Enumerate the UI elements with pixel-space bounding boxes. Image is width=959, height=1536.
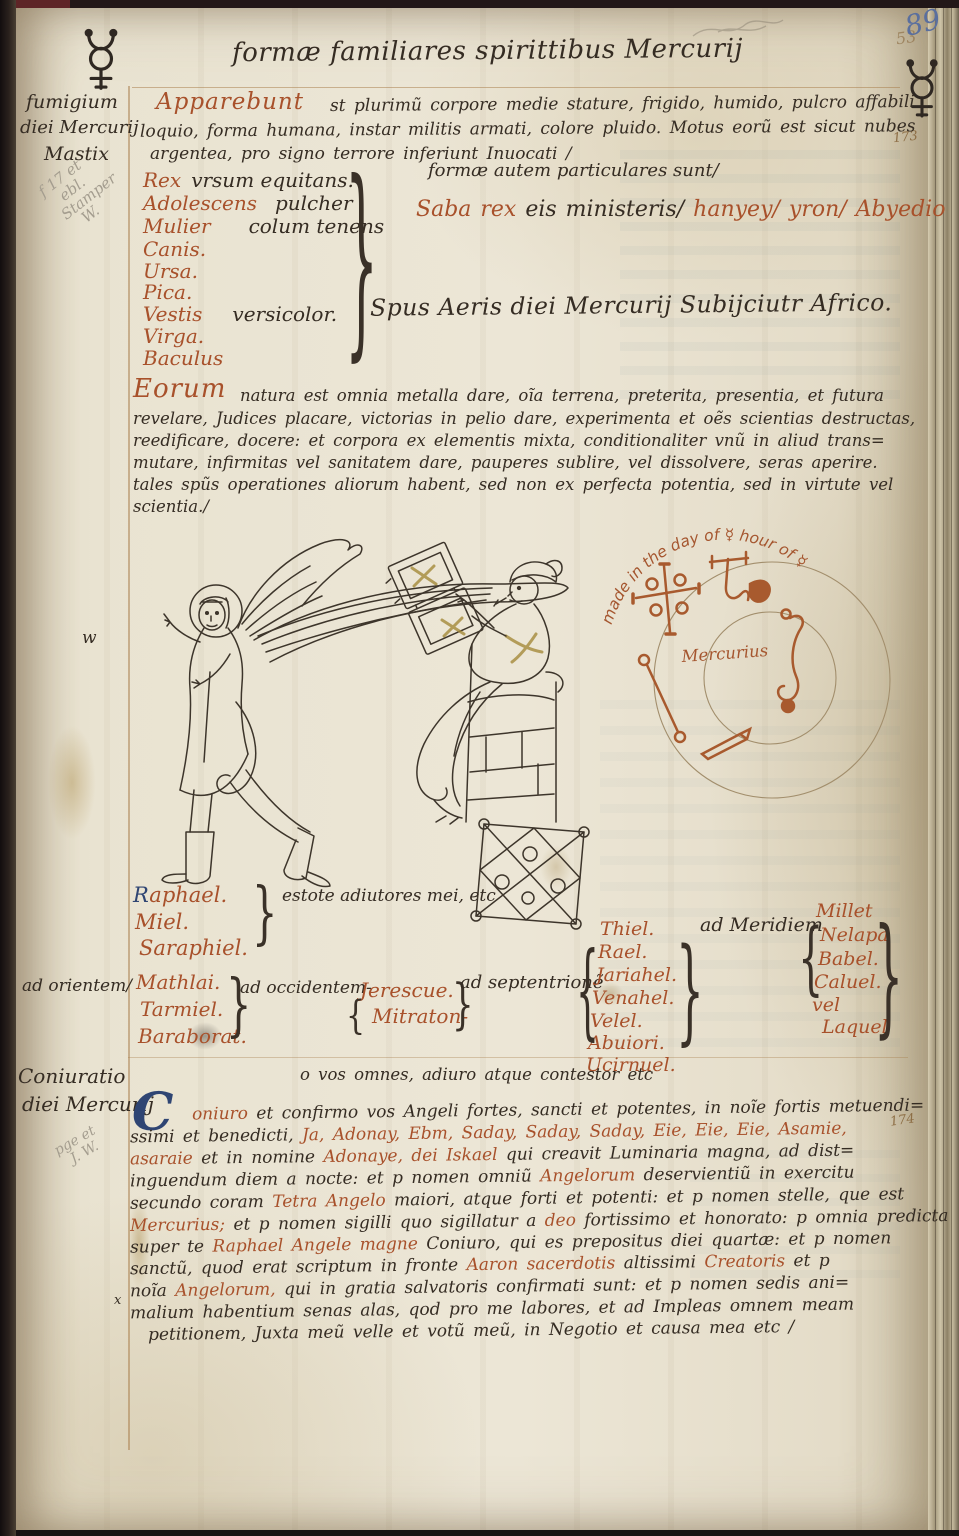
margin-fumigation-line2: diei Mercurij xyxy=(20,119,139,138)
raphael-rest: aphael. xyxy=(149,883,227,907)
form-row: Canis. xyxy=(143,239,206,260)
form-attr: pulcher xyxy=(275,191,353,215)
saba-rex-line: Saba rex eis ministeris/ hanyey/ yron/ A… xyxy=(416,198,945,221)
ad-orientem-label: ad orientem/ xyxy=(22,978,132,996)
form-row: Ursa. xyxy=(143,261,198,282)
form-row: Rexvrsum equitans. xyxy=(143,170,354,191)
angel-name-caluel: Caluel. xyxy=(814,973,882,993)
angel-name-miel: Miel. xyxy=(135,911,189,933)
eorum-line3: reedificare, docere: et corpora ex eleme… xyxy=(133,432,885,449)
primary-angels-brace: } xyxy=(252,880,277,948)
angel-name-jariahel: Jariahel. xyxy=(596,966,677,986)
apparebunt-rubric: Apparebunt xyxy=(156,90,304,114)
margin-ref-174: 174 xyxy=(889,1112,915,1129)
folio-number-new: 89 xyxy=(902,4,944,41)
form-row: Vestisversicolor. xyxy=(143,304,337,325)
form-row: Pica. xyxy=(143,282,192,303)
ink-bleedthrough xyxy=(620,150,900,400)
form-row: Baculus xyxy=(143,348,223,369)
forms-brace: } xyxy=(345,158,378,366)
page-edges-right xyxy=(928,8,959,1530)
raphael-initial: R xyxy=(133,883,149,907)
form-row: Virga. xyxy=(143,326,204,347)
eorum-line4: mutare, infirmitas vel sanitatem dare, p… xyxy=(133,454,878,471)
south-angels-brace-close: } xyxy=(874,911,903,1040)
seal-center-label: Mercurius xyxy=(680,641,769,666)
form-name: Pica. xyxy=(143,280,192,304)
form-attr: versicolor. xyxy=(232,302,337,326)
form-name: Vestis xyxy=(143,302,202,326)
eorum-line2: revelare, Judices placare, victorias in … xyxy=(133,410,915,427)
page-edge-line xyxy=(951,8,952,1530)
page-edge-line xyxy=(935,8,936,1530)
north-angels-brace-open: { xyxy=(576,942,599,1046)
page-title: formæ familiares spirittibus Mercurij xyxy=(232,36,743,68)
angel-name-vel: vel xyxy=(812,996,840,1016)
form-attr: vrsum equitans. xyxy=(191,168,354,192)
angel-name-mathlai: Mathlai. xyxy=(136,972,220,993)
eorum-line1: natura est omnia metalla dare, oĩa terre… xyxy=(240,387,884,404)
form-name: Rex xyxy=(143,168,181,192)
north-angels-brace-close: } xyxy=(676,936,704,1050)
form-name: Canis. xyxy=(143,237,206,261)
angel-name-millet: Millet xyxy=(816,902,873,922)
angel-name-rael: Rael. xyxy=(598,943,647,963)
particular-forms-heading: formæ autem particulares sunt/ xyxy=(428,162,719,181)
manuscript-page-photo: formæ familiares spirittibus Mercurij 53… xyxy=(0,0,959,1536)
eorum-line5: tales spũs operationes aliorum habent, s… xyxy=(133,476,893,493)
angel-name-jerescue: Jerescue. xyxy=(360,980,454,1001)
form-name: Baculus xyxy=(143,346,223,370)
form-name: Adolescens xyxy=(143,191,257,215)
angel-name-raphael: Raphael. xyxy=(133,884,227,906)
angel-name-thiel: Thiel. xyxy=(600,920,654,940)
estote-adiutores-line: estote adiutores mei, etc xyxy=(282,888,496,906)
form-row: Adolescenspulcher xyxy=(143,193,353,214)
angel-and-mercury-drawing xyxy=(150,532,670,932)
coniuratio-margin-line1: Coniuratio xyxy=(18,1066,125,1087)
parchment-stain xyxy=(48,725,96,840)
form-name: Virga. xyxy=(143,324,204,348)
conjuration-intro: o vos omnes, adiuro atque contestor etc xyxy=(300,1066,653,1083)
book-binding-gutter xyxy=(0,0,16,1536)
margin-rule-top xyxy=(132,87,900,88)
margin-w-mark: w xyxy=(82,630,97,648)
west-angels-brace-open: { xyxy=(346,998,365,1037)
smudge-mark xyxy=(688,10,788,50)
angel-name-babel: Babel. xyxy=(818,950,879,970)
mercury-glyph-left-icon xyxy=(80,28,122,92)
angel-name-saraphiel: Saraphiel. xyxy=(139,937,248,959)
page-edge-line xyxy=(943,8,944,1530)
angel-name-tarmiel: Tarmiel. xyxy=(140,999,223,1020)
spiritus-aeris-line: Spus Aeris diei Mercurij Subijciutr Afri… xyxy=(370,290,893,320)
angel-name-abuiori: Abuiori. xyxy=(588,1034,665,1054)
angel-name-venahel: Venahel. xyxy=(592,989,674,1009)
eorum-rubric: Eorum xyxy=(133,376,226,403)
margin-fumigation-line1: fumigium xyxy=(26,93,118,113)
form-name: Mulier xyxy=(143,214,211,238)
seal-arc-caption: made in the day of ☿ hour of ☿ xyxy=(600,528,811,626)
eorum-line6: scientia./ xyxy=(133,498,209,515)
margin-x-mark: x xyxy=(114,1294,121,1308)
mercury-seal-diagram: made in the day of ☿ hour of ☿ Mercurius xyxy=(600,528,930,813)
